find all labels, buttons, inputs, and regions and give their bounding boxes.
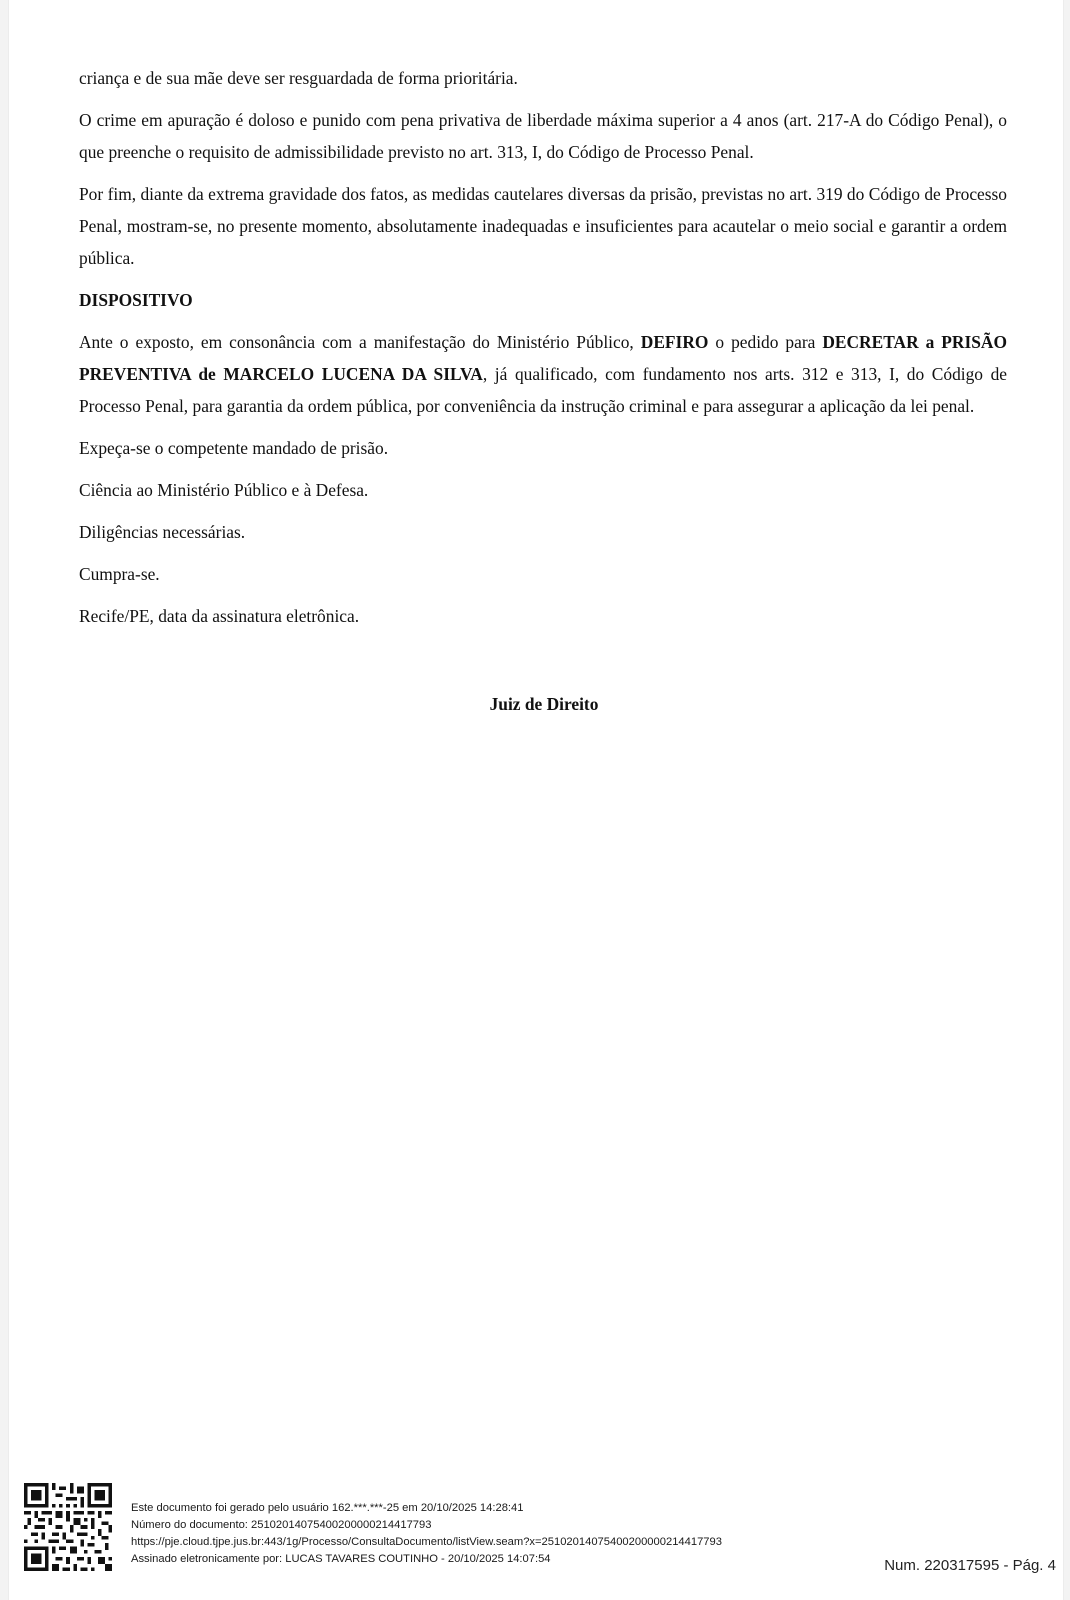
- paragraph-warrant: Expeça-se o competente mandado de prisão…: [79, 432, 1007, 464]
- document-page: criança e de sua mãe deve ser resguardad…: [8, 0, 1064, 1600]
- paragraph-measures: Por fim, diante da extrema gravidade dos…: [79, 178, 1007, 274]
- signed-by-line: Assinado eletronicamente por: LUCAS TAVA…: [131, 1551, 722, 1568]
- signature-title: Juiz de Direito: [9, 694, 1070, 715]
- decision-defiro: DEFIRO: [641, 332, 709, 352]
- section-heading-dispositivo: DISPOSITIVO: [79, 284, 1007, 316]
- qr-code-icon: [24, 1483, 112, 1571]
- paragraph-priority: criança e de sua mãe deve ser resguardad…: [79, 62, 1007, 94]
- document-body: criança e de sua mãe deve ser resguardad…: [79, 62, 1007, 642]
- document-number-line: Número do documento: 2510201407540020000…: [131, 1517, 722, 1534]
- document-url-link[interactable]: https://pje.cloud.tjpe.jus.br:443/1g/Pro…: [131, 1534, 722, 1551]
- decision-text-2: o pedido para: [708, 332, 822, 352]
- paragraph-decision: Ante o exposto, em consonância com a man…: [79, 326, 1007, 422]
- paragraph-diligences: Diligências necessárias.: [79, 516, 1007, 548]
- document-metadata: Este documento foi gerado pelo usuário 1…: [131, 1500, 722, 1568]
- document-footer: Este documento foi gerado pelo usuário 1…: [0, 1483, 1070, 1600]
- decision-text-1: Ante o exposto, em consonância com a man…: [79, 332, 641, 352]
- paragraph-comply: Cumpra-se.: [79, 558, 1007, 590]
- page-number: Num. 220317595 - Pág. 4: [884, 1557, 1056, 1574]
- paragraph-place-date: Recife/PE, data da assinatura eletrônica…: [79, 600, 1007, 632]
- paragraph-crime: O crime em apuração é doloso e punido co…: [79, 104, 1007, 168]
- paragraph-notice: Ciência ao Ministério Público e à Defesa…: [79, 474, 1007, 506]
- generated-by-line: Este documento foi gerado pelo usuário 1…: [131, 1500, 722, 1517]
